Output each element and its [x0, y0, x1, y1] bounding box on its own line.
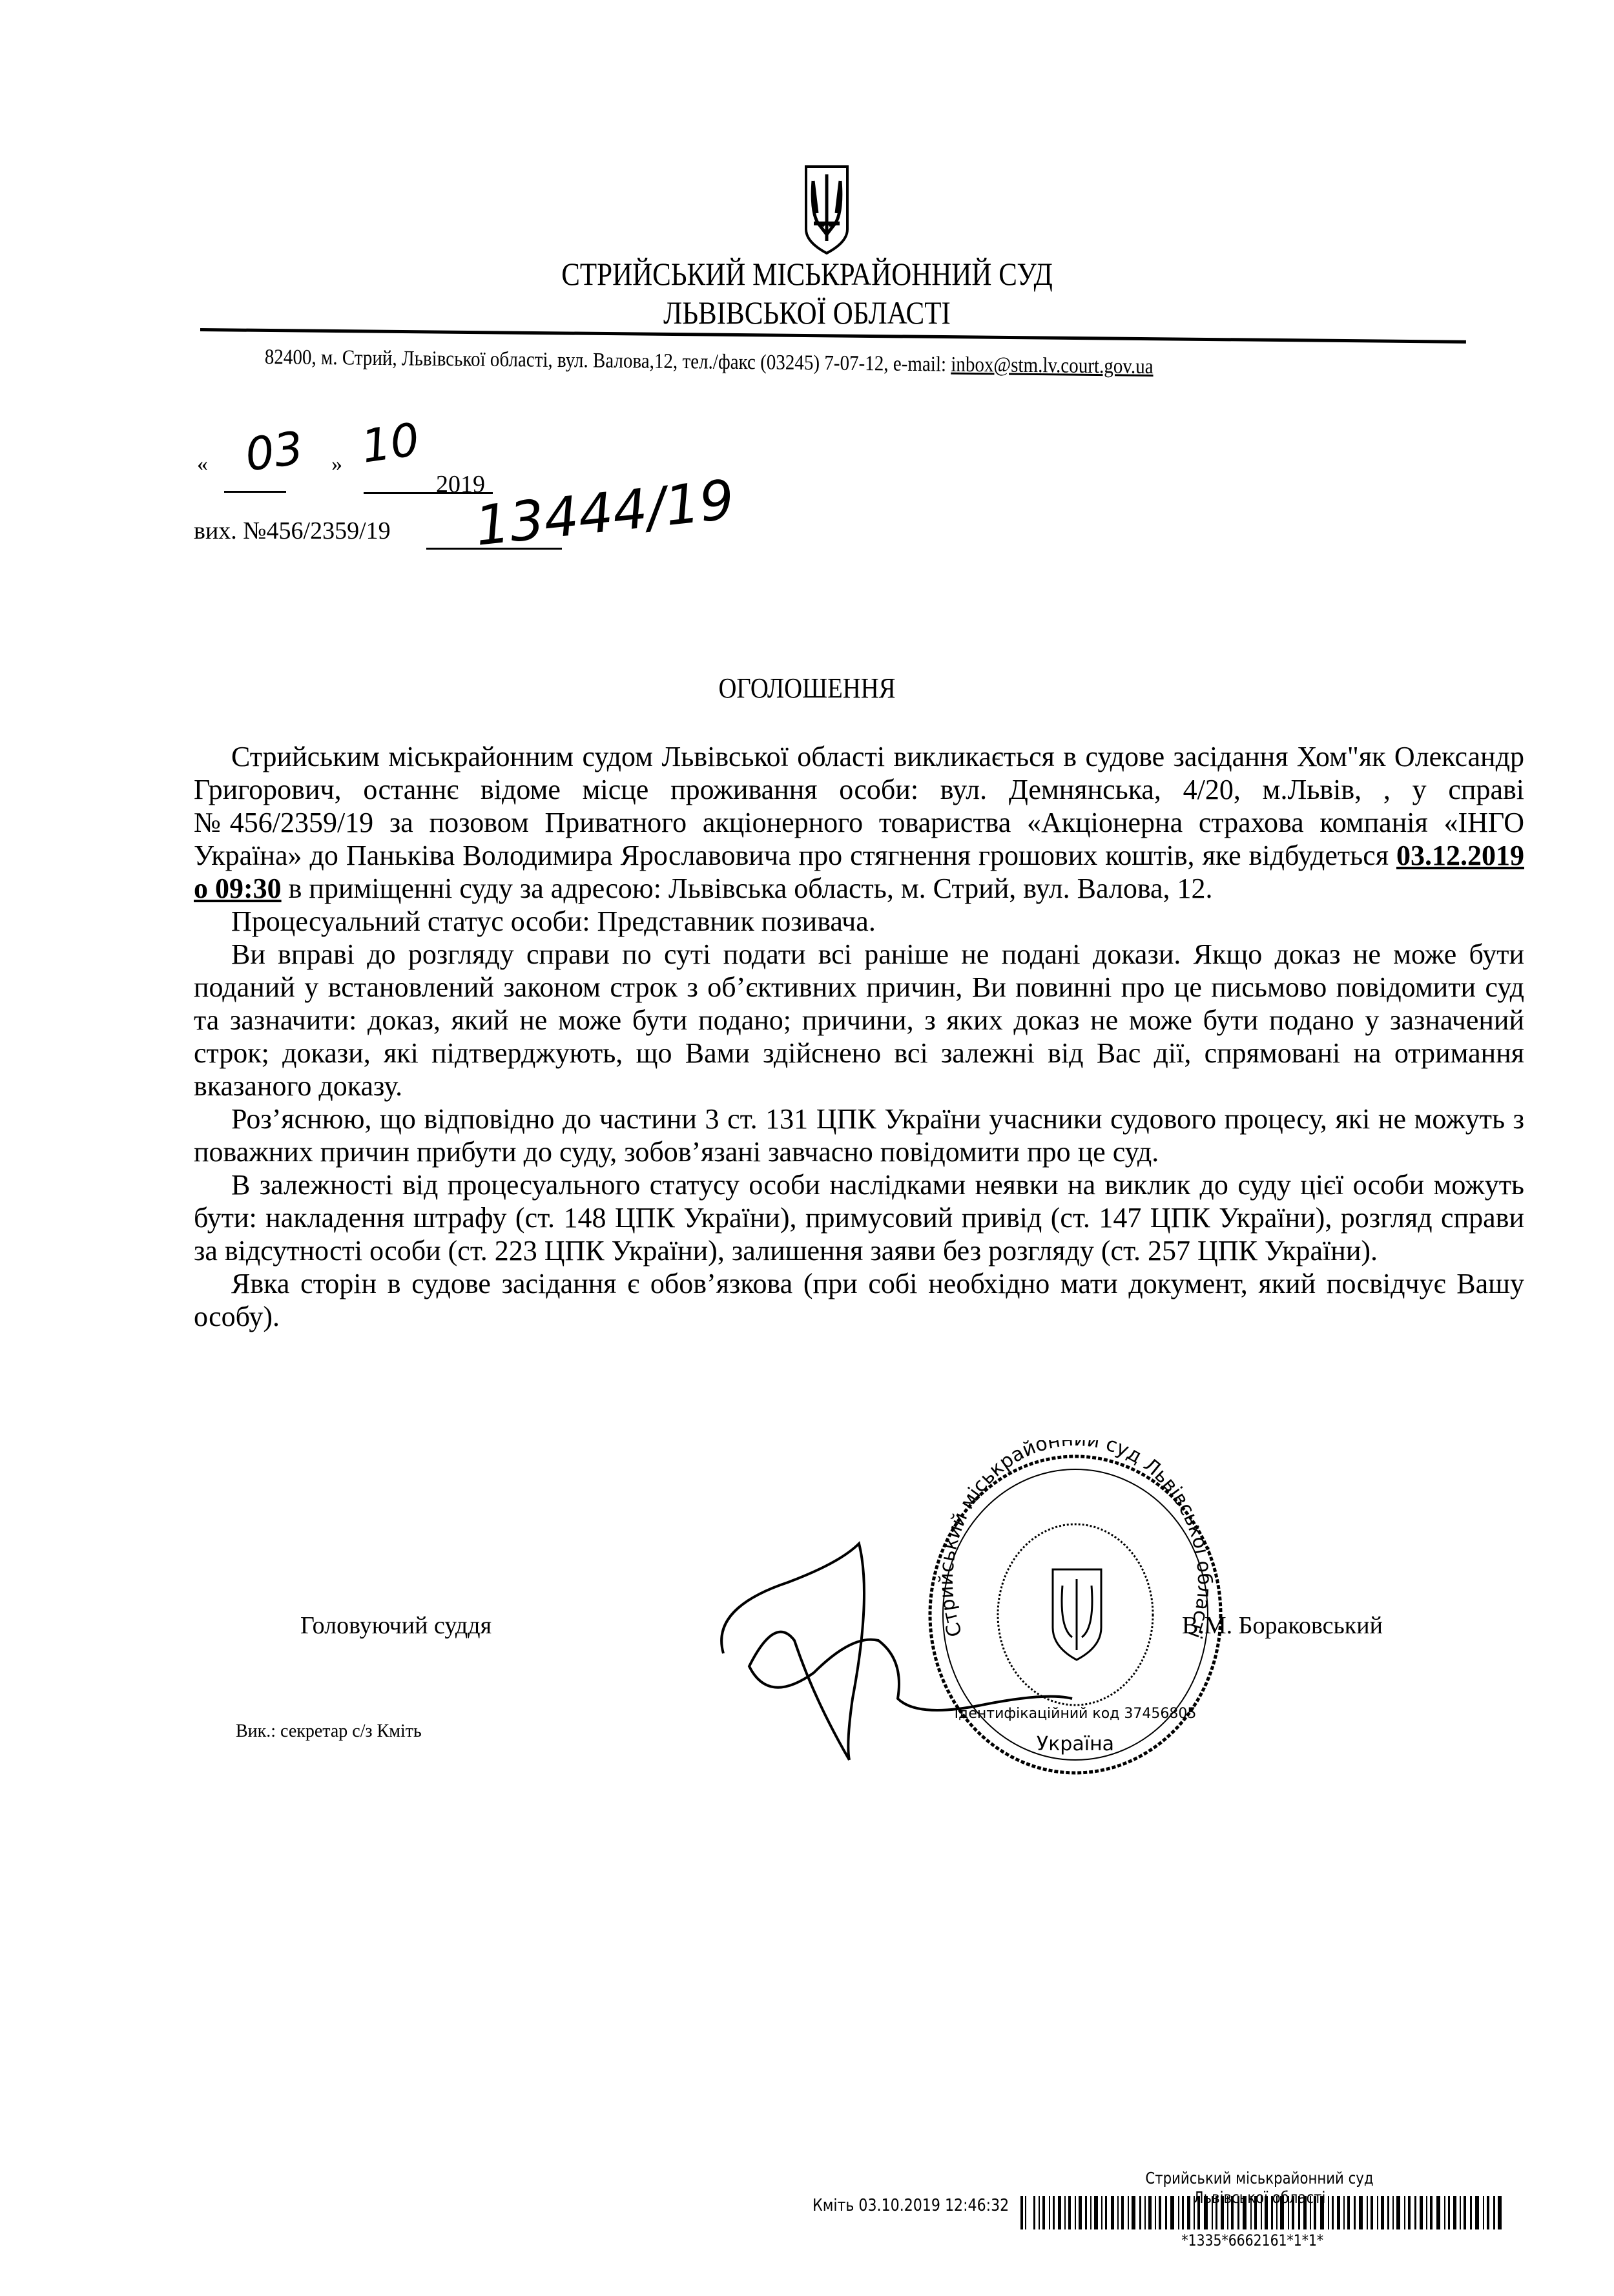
close-quote: » — [331, 452, 342, 477]
day-underline — [224, 491, 286, 493]
paragraph-status: Процесуальний статус особи: Представник … — [194, 905, 1524, 938]
court-name-line2: ЛЬВІВСЬКОЇ ОБЛАСТІ — [113, 294, 1501, 331]
paragraph-explanation: Роз’яснюю, що відповідно до частини 3 ст… — [194, 1102, 1524, 1168]
paragraph-evidence: Ви вправі до розгляду справи по суті под… — [194, 938, 1524, 1102]
summons-text: Стрийським міськрайонним судом Львівсько… — [194, 741, 1524, 871]
paragraph-consequences: В залежності від процесуального статусу … — [194, 1168, 1524, 1267]
registration-timestamp: Кміть 03.10.2019 12:46:32 — [812, 2196, 1009, 2215]
barcode-icon — [1020, 2196, 1502, 2229]
summons-address: в приміщенні суду за адресою: Львівська … — [282, 873, 1213, 904]
svg-text:Стрийський міськрайонний суд Л: Стрийський міськрайонний суд Львівської … — [935, 1440, 1216, 1642]
outgoing-number-label: вих. №456/2359/19 — [194, 517, 391, 545]
handwritten-month: 10 — [358, 413, 423, 473]
signatory-name: В.М. Бораковський — [1182, 1611, 1383, 1640]
stamp-outer-text: Стрийський міськрайонний суд Львівської … — [935, 1440, 1216, 1642]
stamp-inner-text: Ідентифікаційний код 37456805 — [955, 1706, 1197, 1722]
court-address: 82400, м. Стрий, Львівської області, вул… — [265, 346, 1154, 379]
open-quote: « — [197, 452, 208, 477]
trident-coat-of-arms-icon — [804, 165, 849, 255]
email-link[interactable]: inbox@stm.lv.court.gov.ua — [951, 353, 1154, 378]
notice-body: Стрийським міськрайонним судом Львівсько… — [194, 740, 1524, 1333]
paragraph-attendance: Явка сторін в судове засідання є обов’яз… — [194, 1267, 1524, 1333]
address-text: 82400, м. Стрий, Львівської області, вул… — [265, 346, 951, 377]
stamp-bottom-text: Україна — [1037, 1733, 1114, 1755]
barcode-number: *1335*6662161*1*1* — [1181, 2231, 1323, 2249]
court-seal-stamp: Стрийський міськрайонний суд Львівської … — [917, 1440, 1234, 1776]
paragraph-summons: Стрийським міськрайонним судом Львівсько… — [194, 740, 1524, 905]
document-title: ОГОЛОШЕННЯ — [97, 672, 1517, 705]
court-name-line1: СТРИЙСЬКИЙ МІСЬКРАЙОННИЙ СУД — [113, 255, 1501, 293]
executor-note: Вик.: секретар с/з Кміть — [236, 1721, 422, 1742]
registration-court-line1: Стрийський міськрайонний суд — [1144, 2169, 1375, 2188]
signatory-role: Головуючий суддя — [300, 1611, 491, 1640]
handwritten-day: 03 — [242, 421, 307, 482]
